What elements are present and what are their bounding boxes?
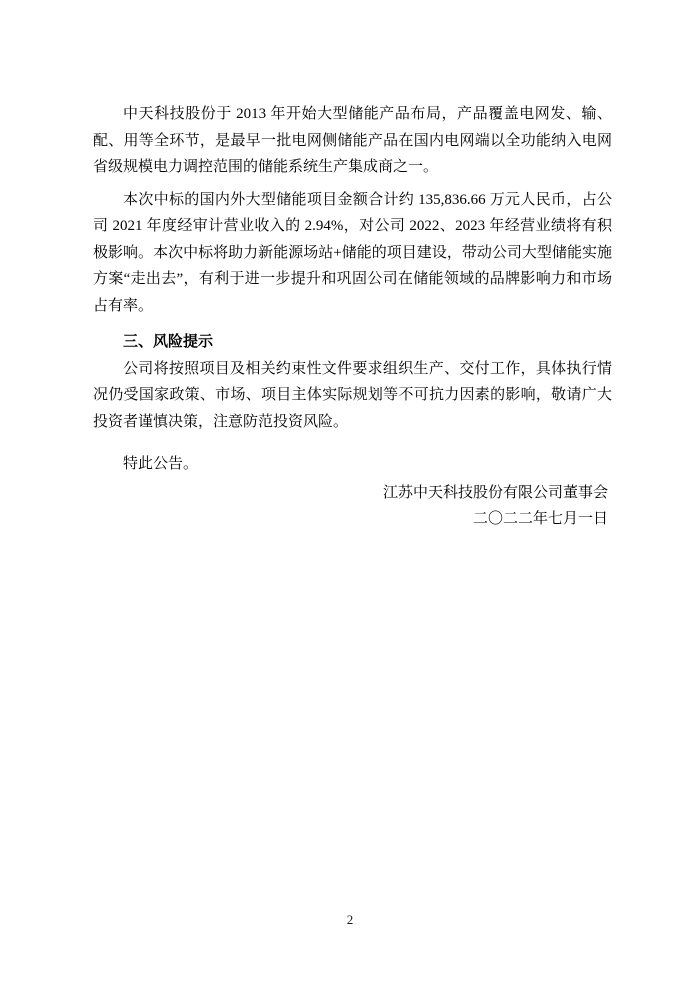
section-heading-risk-warning: 三、风险提示 [93, 329, 612, 356]
signature-block: 江苏中天科技股份有限公司董事会 二〇二二年七月一日 [93, 480, 612, 532]
closing-statement: 特此公告。 [93, 451, 612, 478]
body-paragraph-storage-layout: 中天科技股份于 2013 年开始大型储能产品布局，产品覆盖电网发、输、配、用等全… [93, 101, 612, 181]
body-paragraph-bid-amount: 本次中标的国内外大型储能项目金额合计约 135,836.66 万元人民币，占公司… [93, 187, 612, 320]
signature-date: 二〇二二年七月一日 [93, 506, 608, 532]
body-paragraph-risk: 公司将按照项目及相关约束性文件要求组织生产、交付工作，具体执行情况仍受国家政策、… [93, 356, 612, 436]
document-body: 中天科技股份于 2013 年开始大型储能产品布局，产品覆盖电网发、输、配、用等全… [93, 101, 612, 532]
page-number: 2 [0, 911, 700, 929]
document-page: 中天科技股份于 2013 年开始大型储能产品布局，产品覆盖电网发、输、配、用等全… [0, 0, 700, 989]
signature-company: 江苏中天科技股份有限公司董事会 [93, 480, 608, 506]
